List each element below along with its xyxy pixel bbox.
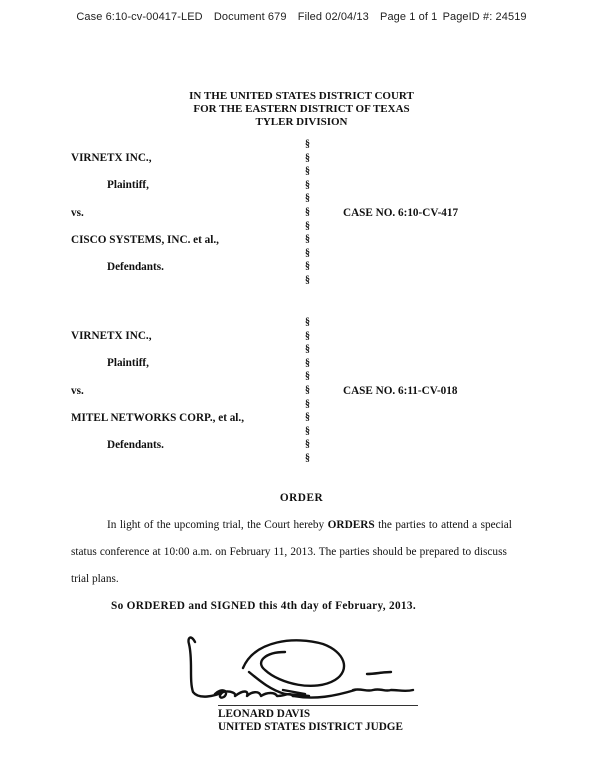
section-symbol: §	[305, 452, 310, 466]
plaintiff-role: Plaintiff,	[107, 357, 149, 369]
section-symbol: §	[305, 206, 310, 220]
order-heading: ORDER	[0, 492, 603, 504]
section-symbol: §	[305, 179, 310, 193]
order-text: In light of the upcoming trial, the Cour…	[107, 519, 328, 531]
section-symbol: §	[305, 343, 310, 357]
page-id-stamp: PageID #: 24519	[443, 11, 527, 23]
filing-stamp: Case 6:10-cv-00417-LED Document 679 File…	[0, 11, 603, 23]
order-paragraph-line-2: status conference at 10:00 a.m. on Febru…	[71, 546, 507, 558]
order-text: the parties to attend a special	[375, 519, 512, 531]
section-symbol: §	[305, 192, 310, 206]
section-symbol: §	[305, 370, 310, 384]
court-name: IN THE UNITED STATES DISTRICT COURT	[0, 89, 603, 103]
section-symbol: §	[305, 165, 310, 179]
document-number-stamp: Document 679	[214, 11, 287, 23]
defendant-role: Defendants.	[107, 439, 164, 451]
section-symbol: §	[305, 260, 310, 274]
plaintiff-name: VIRNETX INC.,	[71, 330, 152, 342]
section-symbol: §	[305, 152, 310, 166]
case-number: CASE NO. 6:11-CV-018	[343, 385, 457, 397]
defendant-name: MITEL NETWORKS CORP., et al.,	[71, 412, 244, 424]
judge-name: LEONARD DAVIS	[218, 708, 310, 720]
section-symbol: §	[305, 425, 310, 439]
section-symbol: §	[305, 398, 310, 412]
case-number: CASE NO. 6:10-CV-417	[343, 207, 458, 219]
order-paragraph-line-3: trial plans.	[71, 573, 119, 585]
plaintiff-role: Plaintiff,	[107, 179, 149, 191]
orders-emphasis: ORDERS	[328, 519, 375, 531]
case-number-stamp: Case 6:10-cv-00417-LED	[76, 11, 202, 23]
defendant-name: CISCO SYSTEMS, INC. et al.,	[71, 234, 219, 246]
section-symbol: §	[305, 438, 310, 452]
signed-date-line: So ORDERED and SIGNED this 4th day of Fe…	[111, 600, 416, 612]
section-symbol-column: §§§§§§§§§§§	[305, 316, 310, 466]
section-symbol: §	[305, 138, 310, 152]
section-symbol: §	[305, 330, 310, 344]
versus: vs.	[71, 207, 84, 219]
section-symbol: §	[305, 247, 310, 261]
court-district: FOR THE EASTERN DISTRICT OF TEXAS	[0, 102, 603, 116]
section-symbol-column: §§§§§§§§§§§	[305, 138, 310, 288]
defendant-role: Defendants.	[107, 261, 164, 273]
section-symbol: §	[305, 220, 310, 234]
section-symbol: §	[305, 274, 310, 288]
section-symbol: §	[305, 357, 310, 371]
order-paragraph-line-1: In light of the upcoming trial, the Cour…	[107, 519, 512, 531]
signature-line	[218, 705, 418, 706]
section-symbol: §	[305, 384, 310, 398]
versus: vs.	[71, 385, 84, 397]
filed-date-stamp: Filed 02/04/13	[298, 11, 369, 23]
judge-title: UNITED STATES DISTRICT JUDGE	[218, 721, 403, 733]
section-symbol: §	[305, 233, 310, 247]
section-symbol: §	[305, 411, 310, 425]
plaintiff-name: VIRNETX INC.,	[71, 152, 152, 164]
page-count-stamp: Page 1 of 1	[380, 11, 437, 23]
judge-signature-icon	[185, 630, 445, 710]
court-division: TYLER DIVISION	[0, 115, 603, 129]
section-symbol: §	[305, 316, 310, 330]
